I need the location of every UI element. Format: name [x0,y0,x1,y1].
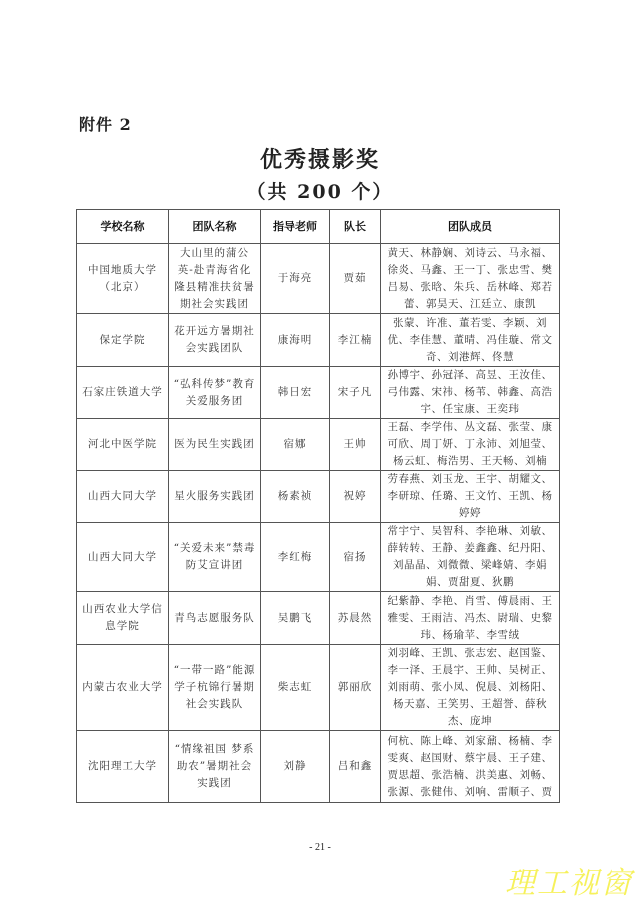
cell-captain: 李江楠 [330,314,381,367]
cell-captain: 祝婷 [330,471,381,523]
cell-advisor: 柴志虹 [261,645,330,731]
cell-members: 张蒙、许准、董若雯、李颖、刘优、李佳慧、董晴、冯佳璇、常文奇、刘港辉、佟慧 [381,314,560,367]
cell-captain: 宿扬 [330,523,381,592]
cell-captain: 吕和鑫 [330,731,381,803]
table-row: 山西大同大学 “关爱未来”禁毒防艾宣讲团 李红梅 宿扬 常宇宁、吴智科、李艳琳、… [77,523,560,592]
page-number: - 21 - [0,842,640,853]
cell-captain: 郭丽欣 [330,645,381,731]
header-captain: 队长 [330,210,381,244]
cell-school: 沈阳理工大学 [77,731,169,803]
cell-members: 刘羽峰、王凯、张志宏、赵国鉴、李一泽、王晨宇、王帅、吴树正、刘雨萌、张小凤、倪晨… [381,645,560,731]
cell-team: 花开远方暑期社会实践团队 [169,314,261,367]
cell-advisor: 李红梅 [261,523,330,592]
header-advisor: 指导老师 [261,210,330,244]
cell-team: 医为民生实践团 [169,419,261,471]
awards-table: 学校名称 团队名称 指导老师 队长 团队成员 中国地质大学（北京） 大山里的蒲公… [76,209,560,803]
table-row: 中国地质大学（北京） 大山里的蒲公英-赴青海省化隆县精准扶贫暑期社会实践团 于海… [77,244,560,314]
cell-captain: 苏晨然 [330,592,381,645]
cell-team: “情缘祖国 梦系助农”暑期社会实践团 [169,731,261,803]
cell-members: 何杭、陈上峰、刘家鼐、杨楠、李雯爽、赵国财、蔡宇晨、王子建、贾思超、张浩楠、洪美… [381,731,560,803]
cell-advisor: 杨素祯 [261,471,330,523]
cell-captain: 贾茹 [330,244,381,314]
cell-members: 纪紫静、李艳、肖雪、傅晨雨、王雅雯、王雨洁、冯杰、尉瑞、史黎玮、杨瑜苹、李雪绒 [381,592,560,645]
cell-advisor: 刘静 [261,731,330,803]
cell-advisor: 康海明 [261,314,330,367]
cell-school: 内蒙古农业大学 [77,645,169,731]
cell-team: 大山里的蒲公英-赴青海省化隆县精准扶贫暑期社会实践团 [169,244,261,314]
page-subtitle: （共 200 个） [0,177,640,204]
table-row: 沈阳理工大学 “情缘祖国 梦系助农”暑期社会实践团 刘静 吕和鑫 何杭、陈上峰、… [77,731,560,803]
cell-team: “弘科传梦”教育关爱服务团 [169,367,261,419]
cell-school: 中国地质大学（北京） [77,244,169,314]
cell-advisor: 吴鹏飞 [261,592,330,645]
cell-school: 山西农业大学信息学院 [77,592,169,645]
cell-team: 星火服务实践团 [169,471,261,523]
table-row: 山西农业大学信息学院 青鸟志愿服务队 吴鹏飞 苏晨然 纪紫静、李艳、肖雪、傅晨雨… [77,592,560,645]
cell-team: “一带一路”能源学子杭锦行暑期社会实践队 [169,645,261,731]
cell-school: 山西大同大学 [77,471,169,523]
table-row: 内蒙古农业大学 “一带一路”能源学子杭锦行暑期社会实践队 柴志虹 郭丽欣 刘羽峰… [77,645,560,731]
cell-school: 石家庄铁道大学 [77,367,169,419]
cell-members: 黄天、林静娴、刘诗云、马永福、徐炎、马鑫、王一丁、张忠雪、樊吕易、张晗、朱兵、岳… [381,244,560,314]
cell-captain: 宋子凡 [330,367,381,419]
page-title: 优秀摄影奖 [0,143,640,174]
cell-advisor: 韩日宏 [261,367,330,419]
table-row: 石家庄铁道大学 “弘科传梦”教育关爱服务团 韩日宏 宋子凡 孙博宇、孙冠泽、高昱… [77,367,560,419]
cell-members: 王磊、李学伟、丛文磊、张莹、康可欣、周丁妍、丁永沛、刘旭莹、杨云虹、梅浩男、王天… [381,419,560,471]
cell-school: 保定学院 [77,314,169,367]
cell-advisor: 于海亮 [261,244,330,314]
table-row: 保定学院 花开远方暑期社会实践团队 康海明 李江楠 张蒙、许准、董若雯、李颖、刘… [77,314,560,367]
cell-team: 青鸟志愿服务队 [169,592,261,645]
table-row: 河北中医学院 医为民生实践团 宿娜 王帅 王磊、李学伟、丛文磊、张莹、康可欣、周… [77,419,560,471]
cell-members: 常宇宁、吴智科、李艳琳、刘敏、薛转转、王静、姜鑫鑫、纪丹阳、刘晶晶、刘微微、梁峰… [381,523,560,592]
table-row: 山西大同大学 星火服务实践团 杨素祯 祝婷 劳春燕、刘玉龙、王宇、胡耀文、李研琼… [77,471,560,523]
cell-team: “关爱未来”禁毒防艾宣讲团 [169,523,261,592]
header-team: 团队名称 [169,210,261,244]
cell-advisor: 宿娜 [261,419,330,471]
table-header-row: 学校名称 团队名称 指导老师 队长 团队成员 [77,210,560,244]
cell-captain: 王帅 [330,419,381,471]
cell-school: 河北中医学院 [77,419,169,471]
attachment-label: 附件 2 [79,112,132,135]
header-members: 团队成员 [381,210,560,244]
cell-school: 山西大同大学 [77,523,169,592]
cell-members: 孙博宇、孙冠泽、高昱、王汝佳、弓伟露、宋祎、杨苇、韩鑫、高浩宇、任宝康、王奕玮 [381,367,560,419]
header-school: 学校名称 [77,210,169,244]
watermark-logo: 理工视窗 [505,858,633,902]
cell-members: 劳春燕、刘玉龙、王宇、胡耀文、李研琼、任璐、王文竹、王凯、杨婷婷 [381,471,560,523]
